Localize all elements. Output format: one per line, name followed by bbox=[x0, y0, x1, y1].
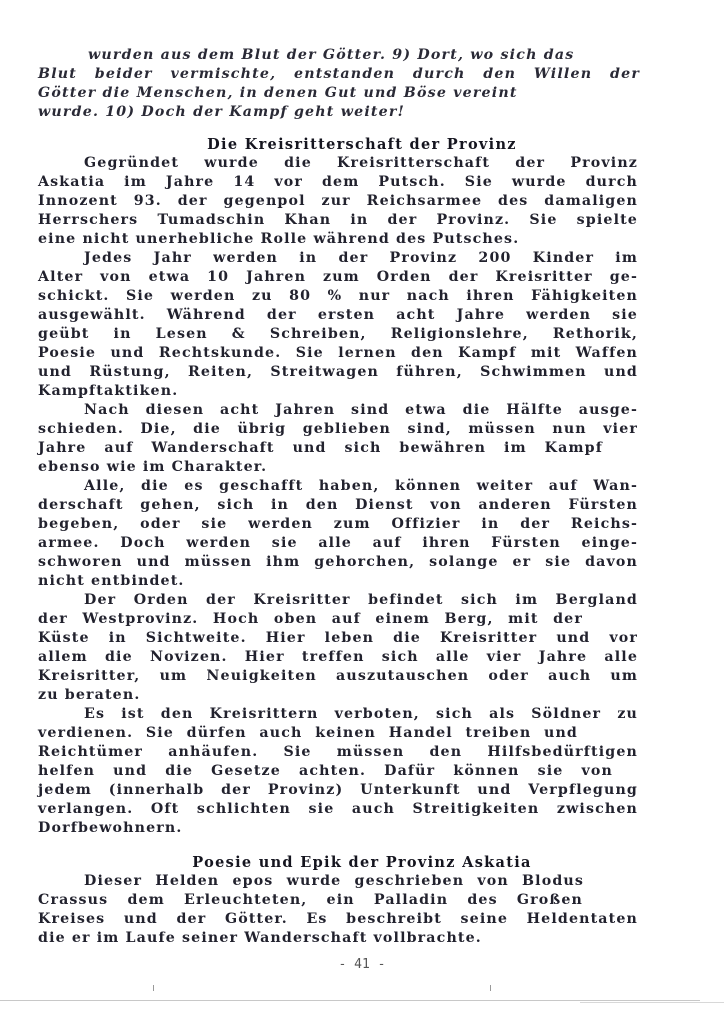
section-heading-poesie-und-epik: Poesie und Epik der Provinz Askatia bbox=[0, 853, 724, 872]
intro-line-2: Blut beider vermischte, entstanden durch… bbox=[38, 65, 640, 84]
body-line: Nach diesen acht Jahren sind etwa die Hä… bbox=[38, 401, 638, 420]
scan-edge-line bbox=[0, 1000, 700, 1001]
body-line: eine nicht unerhebliche Rolle während de… bbox=[38, 230, 638, 249]
body-line: derschaft gehen, sich in den Dienst von … bbox=[38, 496, 638, 515]
scan-edge-line-right bbox=[580, 1002, 724, 1003]
body-line: schieden. Die, die übrig geblieben sind,… bbox=[38, 420, 638, 439]
document-page: wurden aus dem Blut der Götter. 9) Dort,… bbox=[0, 0, 724, 1024]
body-line: Kampftaktiken. bbox=[38, 382, 638, 401]
body-line: schickt. Sie werden zu 80 % nur nach ihr… bbox=[38, 287, 638, 306]
scan-mark bbox=[490, 985, 491, 991]
body-line: nicht entbindet. bbox=[38, 572, 638, 591]
body-line: Es ist den Kreisrittern verboten, sich a… bbox=[38, 705, 638, 724]
body-line: allem die Novizen. Hier treffen sich all… bbox=[38, 648, 638, 667]
body-line: schworen und müssen ihm gehorchen, solan… bbox=[38, 553, 638, 572]
body-line: Küste in Sichtweite. Hier leben die Krei… bbox=[38, 629, 638, 648]
body-line: der Westprovinz. Hoch oben auf einem Ber… bbox=[38, 610, 583, 629]
scan-mark bbox=[153, 985, 154, 991]
body-line: Dorfbewohnern. bbox=[38, 819, 638, 838]
body-line: Alle, die es geschafft haben, können wei… bbox=[38, 477, 638, 496]
body-line: armee. Doch werden sie alle auf ihren Fü… bbox=[38, 534, 638, 553]
body-line: Reichtümer anhäufen. Sie müssen den Hilf… bbox=[38, 743, 638, 762]
body-line: verdienen. Sie dürfen auch keinen Handel… bbox=[38, 724, 578, 743]
body-line: und Rüstung, Reiten, Streitwagen führen,… bbox=[38, 363, 638, 382]
body-line: jedem (innerhalb der Provinz) Unterkunft… bbox=[38, 781, 638, 800]
intro-line-3: Götter die Menschen, in denen Gut und Bö… bbox=[38, 84, 598, 103]
body-line: verlangen. Oft schlichten sie auch Strei… bbox=[38, 800, 638, 819]
body-line: Askatia im Jahre 14 vor dem Putsch. Sie … bbox=[38, 173, 638, 192]
body-line: ausgewählt. Während der ersten acht Jahr… bbox=[38, 306, 638, 325]
body-line: Kreisritter, um Neuigkeiten auszutausche… bbox=[38, 667, 638, 686]
body-line: Poesie und Rechtskunde. Sie lernen den K… bbox=[38, 344, 638, 363]
body-line: Kreises und der Götter. Es beschreibt se… bbox=[38, 910, 638, 929]
body-line: Jahre auf Wanderschaft und sich bewähren… bbox=[38, 439, 603, 458]
page-number: - 41 - bbox=[0, 957, 724, 972]
body-line: Jedes Jahr werden in der Provinz 200 Kin… bbox=[38, 249, 638, 268]
body-line: Crassus dem Erleuchteten, ein Palladin d… bbox=[38, 891, 583, 910]
body-line: begeben, oder sie werden zum Offizier in… bbox=[38, 515, 638, 534]
body-line: geübt in Lesen & Schreiben, Religionsleh… bbox=[38, 325, 638, 344]
body-line: helfen und die Gesetze achten. Dafür kön… bbox=[38, 762, 613, 781]
body-line: Dieser Helden epos wurde geschrieben von… bbox=[38, 872, 584, 891]
body-line: Gegründet wurde die Kreisritterschaft de… bbox=[38, 154, 638, 173]
body-line: ebenso wie im Charakter. bbox=[38, 458, 638, 477]
body-line: Der Orden der Kreisritter befindet sich … bbox=[38, 591, 638, 610]
body-line: Innozent 93. der gegenpol zur Reichsarme… bbox=[38, 192, 638, 211]
body-line: zu beraten. bbox=[38, 686, 638, 705]
body-line: Alter von etwa 10 Jahren zum Orden der K… bbox=[38, 268, 638, 287]
intro-line-1: wurden aus dem Blut der Götter. 9) Dort,… bbox=[38, 46, 648, 65]
body-line: Herrschers Tumadschin Khan in der Provin… bbox=[38, 211, 638, 230]
intro-line-4: wurde. 10) Doch der Kampf geht weiter! bbox=[38, 103, 638, 122]
section-heading-kreisritterschaft: Die Kreisritterschaft der Provinz bbox=[0, 135, 724, 154]
body-line: die er im Laufe seiner Wanderschaft voll… bbox=[38, 929, 638, 948]
